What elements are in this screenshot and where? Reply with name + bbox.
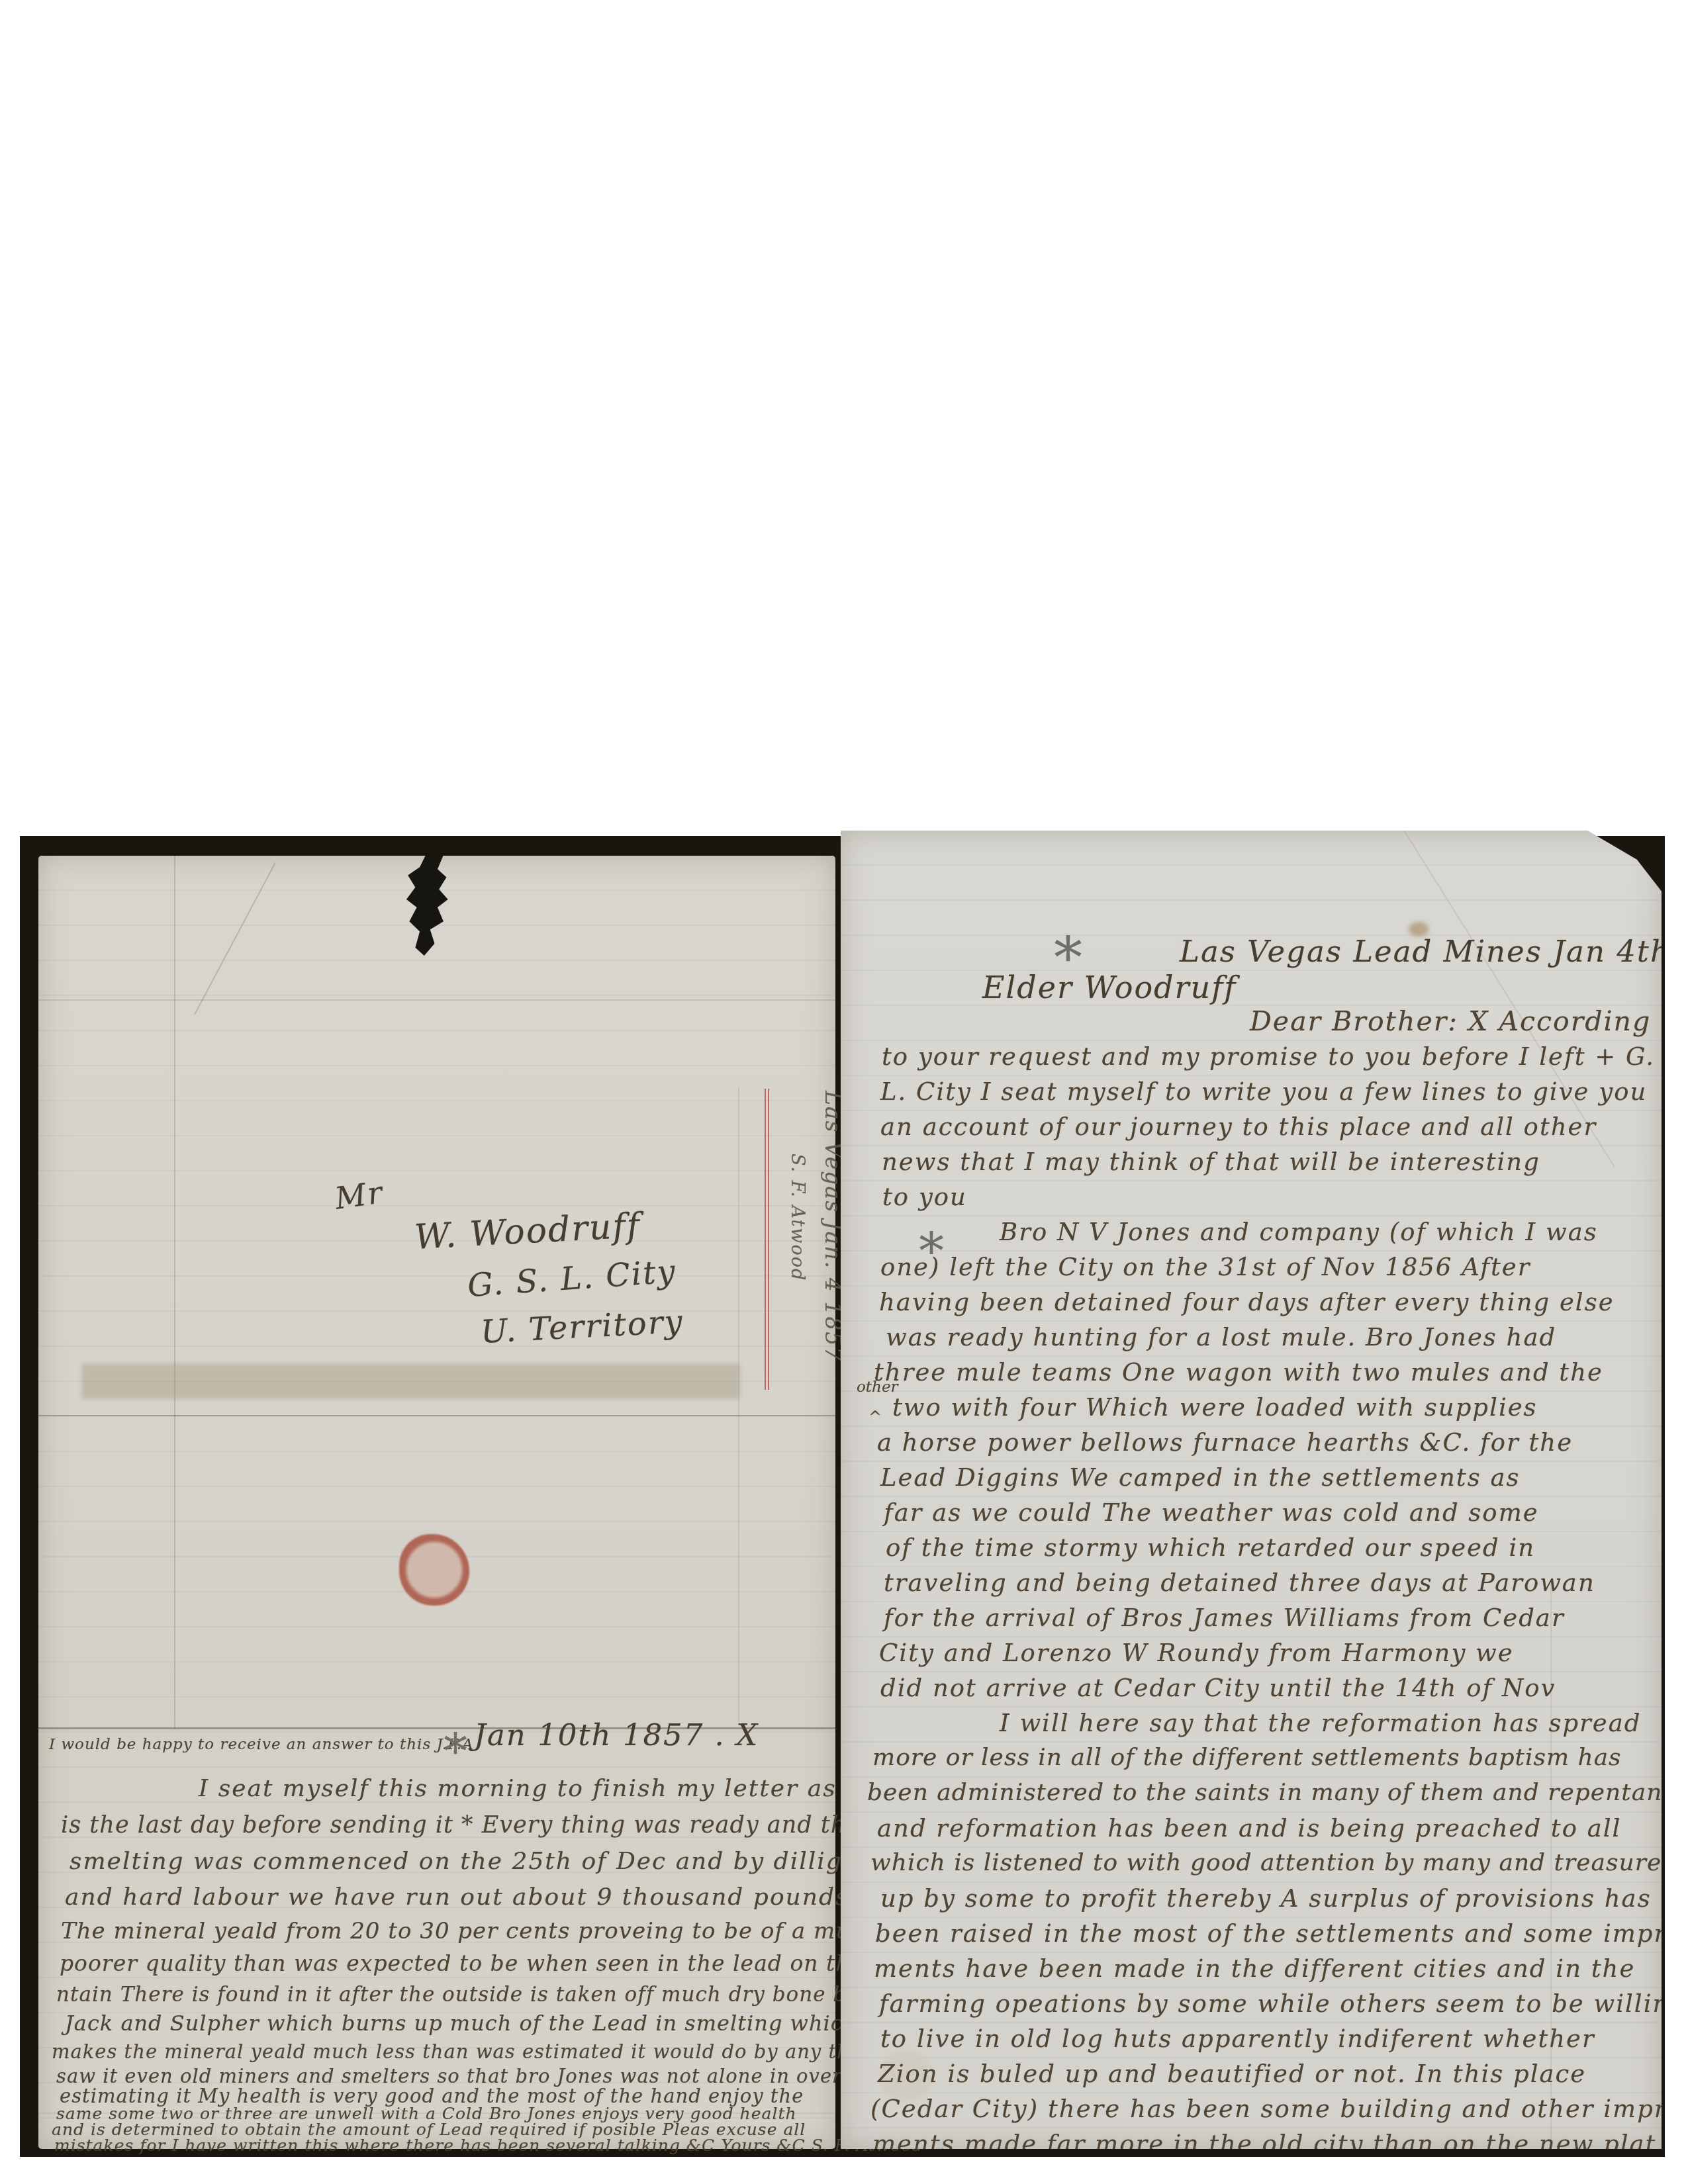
handwritten-line: been raised in the most of the settlemen… [875, 1921, 1688, 1946]
handwritten-line: Bro N V Jones and company (of which I wa… [1000, 1220, 1598, 1244]
handwritten-line: to you [882, 1185, 967, 1209]
handwritten-line: smelting was commenced on the 25th of De… [70, 1850, 905, 1874]
letter-scan-canvas: Mr W. Woodruff G. S. L. City U. Territor… [0, 0, 1688, 2184]
handwritten-line: Zion is buled up and beautified or not. … [878, 2062, 1586, 2086]
handwritten-line: I will here say that the reformation has… [1000, 1711, 1641, 1735]
handwritten-line: ments made far more in the old city than… [872, 2132, 1656, 2156]
handwritten-line: to live in old log huts apparently indif… [880, 2026, 1595, 2051]
handwritten-line: mistakes for I have written this where t… [54, 2137, 923, 2154]
handwritten-line: makes the mineral yeald much less than w… [52, 2042, 870, 2062]
handwritten-line: far as we could The weather was cold and… [884, 1500, 1539, 1525]
handwritten-line: saw it even old miners and smelters so t… [56, 2067, 842, 2086]
handwritten-line: to your request and my promise to you be… [882, 1044, 1688, 1069]
handwritten-line: up by some to profit thereby A surplus o… [880, 1886, 1652, 1911]
stain-band [81, 1363, 740, 1399]
date-heading: Jan 10th 1857 . X [474, 1720, 759, 1750]
dateline: Las Vegas Lead Mines Jan 4th 1857 [1180, 936, 1688, 966]
handwritten-line: two with four Which were loaded with sup… [892, 1395, 1538, 1420]
docket-name: S. F. Atwood [788, 1154, 806, 1281]
fold-line [38, 1415, 835, 1416]
handwritten-line: one) left the City on the 31st of Nov 18… [880, 1255, 1530, 1279]
torn-hole [395, 855, 469, 956]
address-line: W. Woodruff [414, 1208, 641, 1255]
handwritten-line: and reformation has been and is being pr… [877, 1816, 1621, 1841]
red-docket-rule [765, 1089, 769, 1390]
handwritten-line: Lead Diggins We camped in the settlement… [880, 1465, 1520, 1490]
handwritten-line: L. City I seat myself to write you a few… [880, 1079, 1647, 1104]
handwritten-line: news that I may think of that will be in… [882, 1150, 1540, 1174]
handwritten-line: farming opeations by some while others s… [879, 1991, 1687, 2016]
address-line: G. S. L. City [467, 1255, 677, 1302]
fold-line [174, 856, 175, 1729]
handwritten-line: ments have been made in the different ci… [874, 1956, 1635, 1981]
handwritten-line: more or less in all of the different set… [872, 1746, 1622, 1770]
salutation-line: Dear Brother: X According [1250, 1008, 1651, 1035]
handwritten-line: having been detained four days after eve… [879, 1290, 1615, 1314]
handwritten-line: a horse power bellows furnace hearths &C… [877, 1430, 1573, 1455]
handwritten-line: estimating it My health is very good and… [60, 2087, 804, 2106]
handwritten-line: (Cedar City) there has been some buildin… [870, 2097, 1688, 2121]
left-page: Mr W. Woodruff G. S. L. City U. Territor… [38, 856, 835, 2149]
crease-diagonal [194, 862, 276, 1015]
handwritten-line: which is listened to with good attention… [870, 1851, 1677, 1875]
handwritten-line: is the last day before sending it * Ever… [61, 1814, 861, 1837]
addressee-line: Elder Woodruff [982, 972, 1237, 1003]
handwritten-line: did not arrive at Cedar City until the 1… [880, 1676, 1556, 1700]
handwritten-line: ntain There is found in it after the out… [56, 1985, 892, 2005]
right-page: * * Las Vegas Lead Mines Jan 4th 1857 El… [841, 831, 1662, 2149]
address-line: Mr [333, 1177, 385, 1214]
handwritten-line: was ready hunting for a lost mule. Bro J… [886, 1325, 1556, 1349]
handwritten-line: poorer quality than was expected to be w… [60, 1952, 921, 1974]
wax-seal-residue [399, 1534, 469, 1606]
scan-backdrop: Mr W. Woodruff G. S. L. City U. Territor… [20, 836, 1665, 2157]
handwritten-line: The mineral yeald from 20 to 30 per cent… [61, 1920, 879, 1942]
fold-line [38, 999, 835, 1001]
handwritten-line: for the arrival of Bros James Williams f… [884, 1606, 1565, 1630]
handwritten-line: I seat myself this morning to finish my … [199, 1777, 865, 1801]
handwritten-line: and hard labour we have run out about 9 … [65, 1886, 849, 1909]
margin-note: I would be happy to receive an answer to… [49, 1737, 474, 1752]
handwritten-line: an account of our journey to this place … [880, 1115, 1597, 1139]
handwritten-line: been administered to the saints in many … [867, 1781, 1688, 1805]
handwritten-line: Jack and Sulpher which burns up much of … [65, 2013, 857, 2034]
insertion-caret-mark: ^ [868, 1409, 883, 1425]
handwritten-line: three mule teams One wagon with two mule… [874, 1360, 1603, 1385]
handwritten-line: City and Lorenzo W Roundy from Harmony w… [879, 1641, 1514, 1665]
handwritten-line: traveling and being detained three days … [884, 1570, 1595, 1595]
pencil-asterisk-mark: * [444, 1728, 469, 1776]
handwritten-line: of the time stormy which retarded our sp… [886, 1535, 1535, 1560]
fold-line [738, 1087, 739, 1723]
address-line: U. Territory [480, 1306, 684, 1348]
